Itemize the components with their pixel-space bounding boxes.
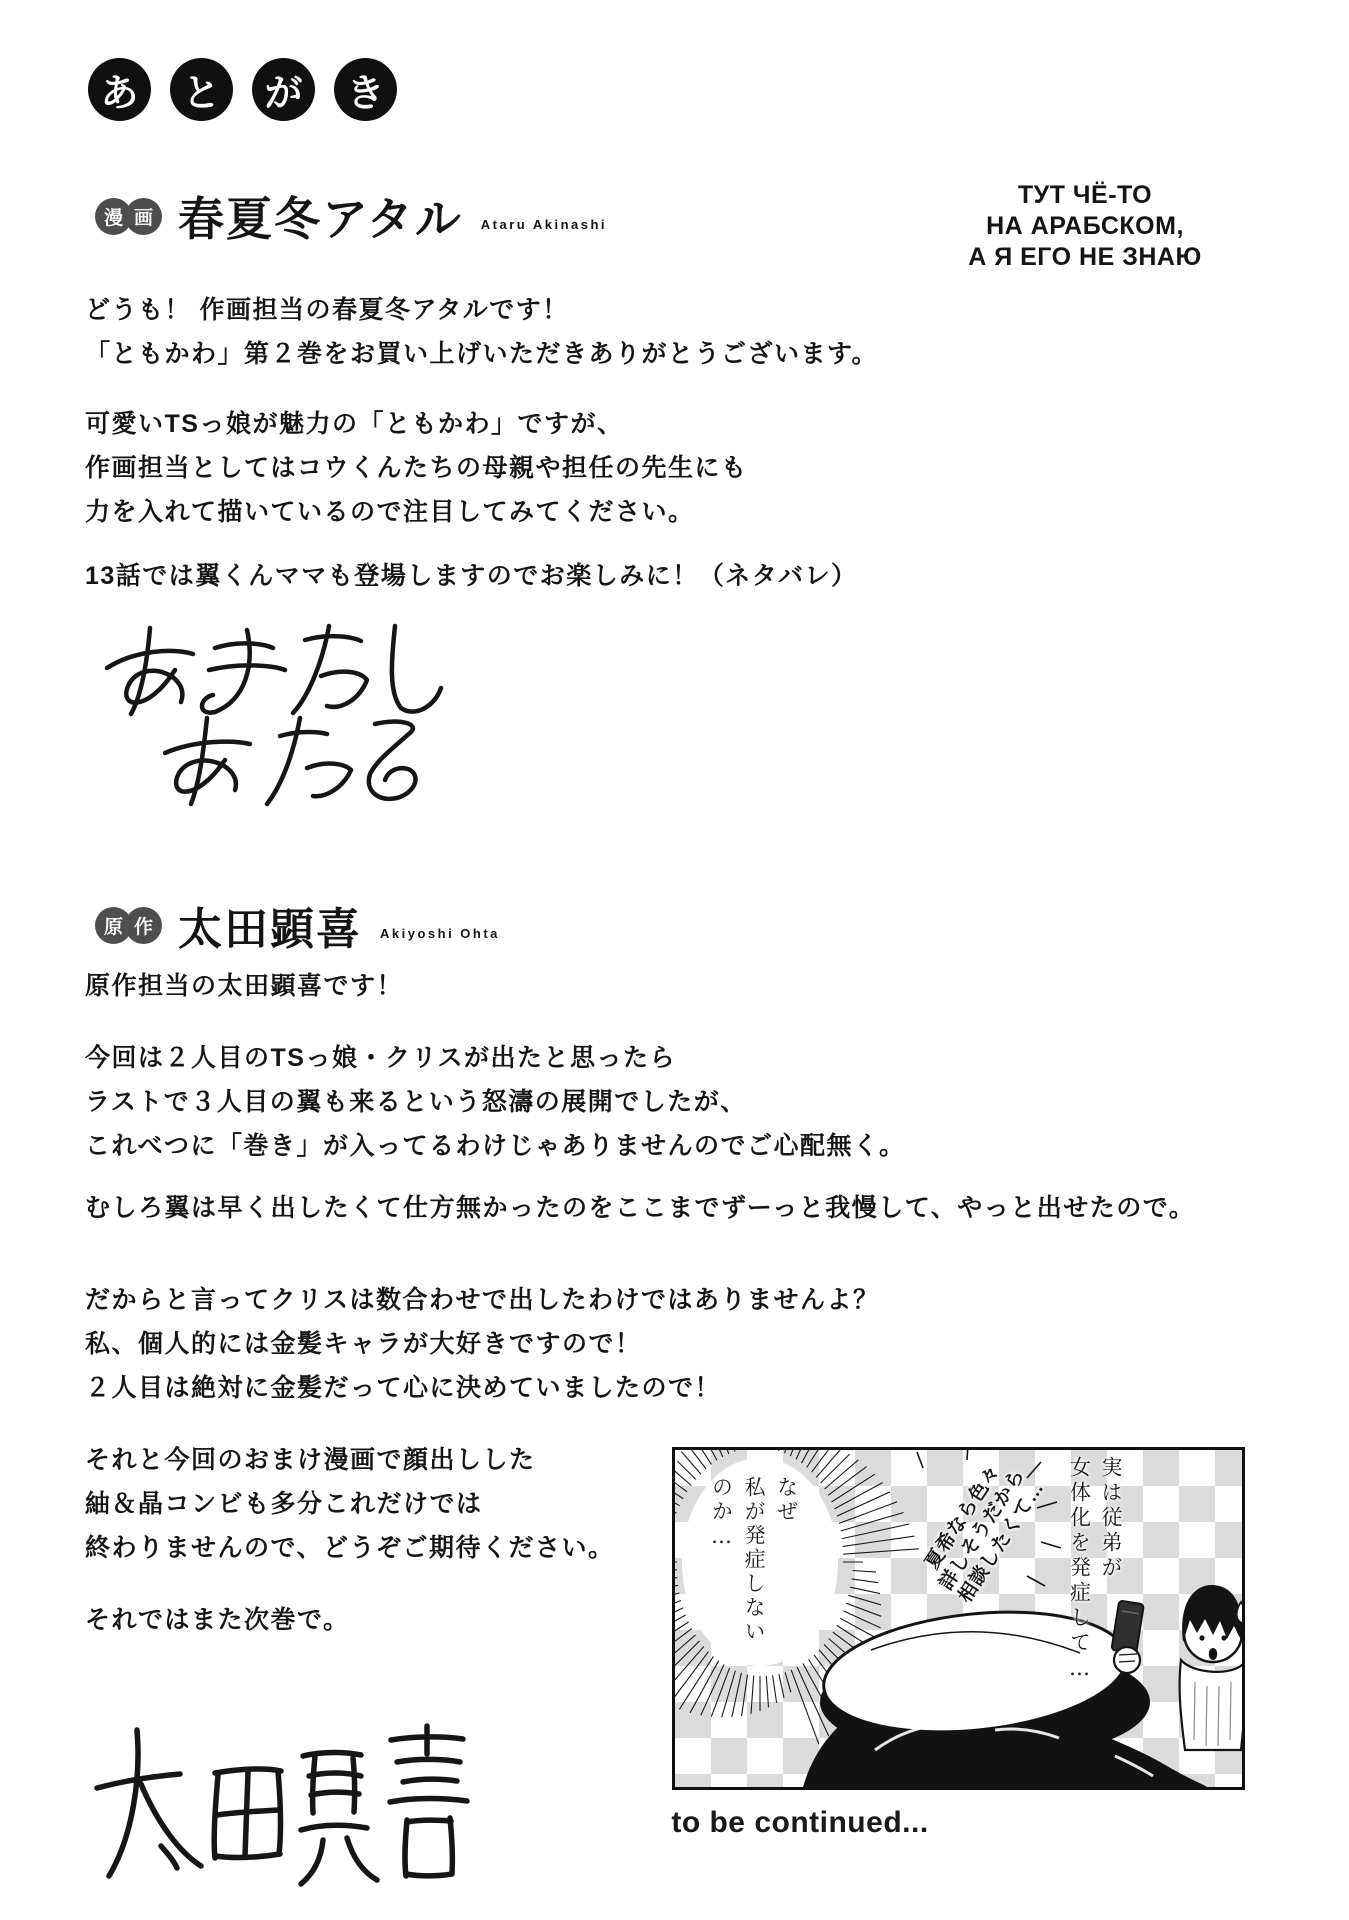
artist-romaji: Ataru Akinashi [481, 217, 607, 232]
bubble-text-column: なぜ [770, 1476, 803, 1662]
author-paragraph-6: それではまた次巻で。 [85, 1598, 350, 1642]
paragraph-line: それではまた次巻で。 [85, 1598, 350, 1642]
to-be-continued-label: to be continued... [640, 1806, 960, 1840]
paragraph-line: 「ともかわ」第２巻をお買い上げいただきありがとうございます。 [85, 332, 878, 376]
paragraph-line: 13話では翼くんママも登場しますのでお楽しみに！（ネタバレ） [85, 554, 858, 598]
paragraph-line: ラストで３人目の翼も来るという怒濤の展開でしたが、 [85, 1080, 906, 1124]
title-char-circle: き [334, 58, 397, 121]
artist-paragraph-1: どうも！ 作画担当の春夏冬アタルです！ 「ともかわ」第２巻をお買い上げいただきあ… [85, 288, 878, 376]
bubble-text-column: 私が発症しない [738, 1476, 771, 1662]
manga-panel: なぜ 私が発症しない のか… 実は従弟が 女体化を発症して… 夏希なら色々 詳し… [672, 1447, 1245, 1790]
paragraph-line: 原作担当の太田顕喜です！ [85, 964, 403, 1008]
artist-credit-row: 漫 画 春夏冬アタル Ataru Akinashi [95, 183, 607, 249]
bubble-text-column: のか… [705, 1476, 738, 1662]
paragraph-line: それと今回のおまけ漫画で顔出しした [85, 1438, 615, 1482]
title-char-circle: が [252, 58, 315, 121]
afterword-title: あ と が き [88, 58, 397, 121]
author-credit-row: 原 作 太田顕喜 Akiyoshi Ohta [95, 893, 500, 957]
author-paragraph-5: それと今回のおまけ漫画で顔出しした 紬＆晶コンビも多分これだけでは 終わりません… [85, 1438, 615, 1570]
paragraph-line: どうも！ 作画担当の春夏冬アタルです！ [85, 288, 878, 332]
artist-name: 春夏冬アタル [178, 183, 463, 249]
paragraph-line: これべつに「巻き」が入ってるわけじゃありませんのでご心配無く。 [85, 1124, 906, 1168]
paragraph-line: 可愛いTSっ娘が魅力の「ともかわ」ですが、 [85, 402, 748, 446]
boy-character [1180, 1585, 1242, 1750]
paragraph-line: ２人目は絶対に金髪だって心に決めていましたので！ [85, 1366, 880, 1410]
artist-signature [95, 618, 495, 808]
boy-mouth [1209, 1648, 1217, 1660]
translator-note-line: А Я ЕГО НЕ ЗНАЮ [920, 242, 1250, 273]
author-paragraph-3: むしろ翼は早く出したくて仕方無かったのをここまでずーっと我慢して、やっと出せたの… [85, 1186, 1195, 1230]
author-paragraph-2: 今回は２人目のTSっ娘・クリスが出たと思ったら ラストで３人目の翼も来るという怒… [85, 1036, 906, 1168]
side-text-column: 女体化を発症して… [1063, 1456, 1095, 1756]
paragraph-line: 力を入れて描いているので注目してみてください。 [85, 490, 748, 534]
author-romaji: Akiyoshi Ohta [380, 926, 500, 941]
author-name: 太田顕喜 [178, 893, 362, 957]
role-badge-circle: 画 [125, 198, 162, 235]
author-paragraph-1: 原作担当の太田顕喜です！ [85, 964, 403, 1008]
translator-note-line: НА АРАБСКОМ, [920, 211, 1250, 242]
afterword-page: あ と が き 漫 画 春夏冬アタル Ataru Akinashi ТУТ ЧЁ… [0, 0, 1349, 1920]
title-char-circle: あ [88, 58, 151, 121]
paragraph-line: 私、個人的には金髪キャラが大好きですので！ [85, 1322, 880, 1366]
side-text-column: 実は従弟が [1095, 1456, 1127, 1756]
speech-bubble-text: なぜ 私が発症しない のか… [705, 1476, 803, 1662]
translator-note: ТУТ ЧЁ-ТО НА АРАБСКОМ, А Я ЕГО НЕ ЗНАЮ [920, 180, 1250, 273]
translator-note-line: ТУТ ЧЁ-ТО [920, 180, 1250, 211]
paragraph-line: 紬＆晶コンビも多分これだけでは [85, 1482, 615, 1526]
author-paragraph-4: だからと言ってクリスは数合わせで出したわけではありませんよ？ 私、個人的には金髪… [85, 1278, 880, 1410]
paragraph-line: だからと言ってクリスは数合わせで出したわけではありませんよ？ [85, 1278, 880, 1322]
original-work-role-badge: 原 作 [95, 907, 162, 944]
role-badge-circle: 作 [125, 907, 162, 944]
panel-side-text: 実は従弟が 女体化を発症して… [1063, 1456, 1126, 1756]
artist-paragraph-3: 13話では翼くんママも登場しますのでお楽しみに！（ネタバレ） [85, 554, 858, 598]
paragraph-line: 終わりませんので、どうぞご期待ください。 [85, 1526, 615, 1570]
paragraph-line: 今回は２人目のTSっ娘・クリスが出たと思ったら [85, 1036, 906, 1080]
paragraph-line: むしろ翼は早く出したくて仕方無かったのをここまでずーっと我慢して、やっと出せたの… [85, 1186, 1195, 1230]
artist-paragraph-2: 可愛いTSっ娘が魅力の「ともかわ」ですが、 作画担当としてはコウくんたちの母親や… [85, 402, 748, 534]
girl-character [803, 1598, 1207, 1787]
manga-role-badge: 漫 画 [95, 198, 162, 235]
author-signature [85, 1718, 485, 1898]
title-char-circle: と [170, 58, 233, 121]
paragraph-line: 作画担当としてはコウくんたちの母親や担任の先生にも [85, 446, 748, 490]
